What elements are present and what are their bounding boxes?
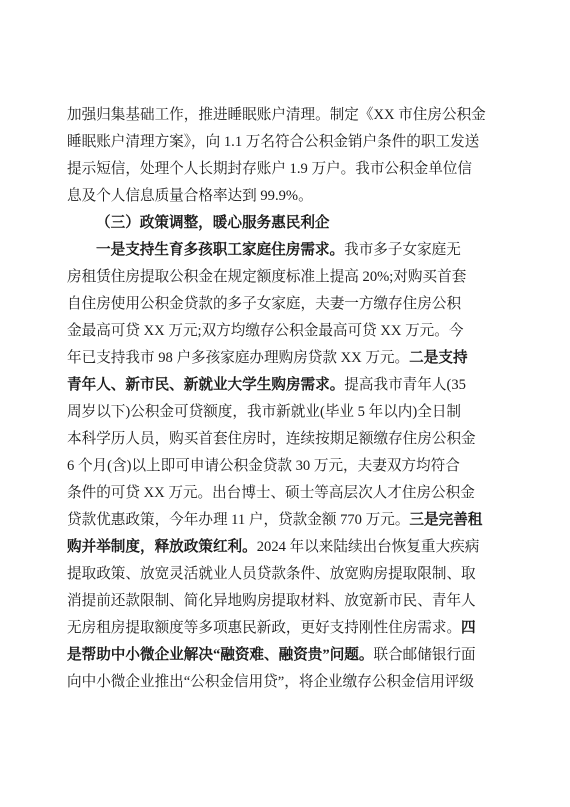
text-segment: 息及个人信息质量合格率达到 99.9%。 <box>67 188 313 204</box>
text-line: 金最高可贷 XX 万元;双方均缴存公积金最高可贷 XX 万元。今 <box>67 318 503 345</box>
text-line: 购并举制度，释放政策红利。2024 年以来陆续出台恢复重大疾病 <box>67 534 503 561</box>
text-line: 是帮助中小微企业解决“融资难、融资贵”问题。联合邮储银行面 <box>67 642 503 669</box>
bold-text-segment: 是帮助中小微企业解决“融资难、融资贵”问题。 <box>67 647 373 663</box>
text-line: 条件的可贷 XX 万元。出台博士、硕士等高层次人才住房公积金 <box>67 480 503 507</box>
text-segment: 房租赁住房提取公积金在规定额度标准上提高 20%;对购买首套 <box>67 269 466 285</box>
text-line: 本科学历人员，购买首套住房时，连续按期足额缴存住房公积金 <box>67 426 503 453</box>
text-segment: 金最高可贷 XX 万元;双方均缴存公积金最高可贷 XX 万元。今 <box>67 323 463 339</box>
text-line: 房租赁住房提取公积金在规定额度标准上提高 20%;对购买首套 <box>67 264 503 291</box>
text-segment: 我市多子女家庭无 <box>344 242 461 258</box>
text-line: 一是支持生育多孩职工家庭住房需求。我市多子女家庭无 <box>67 237 503 264</box>
text-line: 息及个人信息质量合格率达到 99.9%。 <box>67 183 503 210</box>
bold-text-segment: 二是支持 <box>409 350 467 366</box>
text-segment: 条件的可贷 XX 万元。出台博士、硕士等高层次人才住房公积金 <box>67 485 475 501</box>
text-line: 周岁以下)公积金可贷额度，我市新就业(毕业 5 年以内)全日制 <box>67 399 503 426</box>
section-heading-line: （三）政策调整，暖心服务惠民利企 <box>67 210 503 237</box>
text-segment: 向中小微企业推出“公积金信用贷”，将企业缴存公积金信用评级 <box>67 674 474 690</box>
text-line: 青年人、新市民、新就业大学生购房需求。提高我市青年人(35 <box>67 372 503 399</box>
text-segment: 联合邮储银行面 <box>373 647 475 663</box>
text-segment: 自住房使用公积金贷款的多子女家庭，夫妻一方缴存住房公积 <box>67 296 461 312</box>
text-segment: 年已支持我市 98 户多孩家庭办理购房贷款 XX 万元。 <box>67 350 409 366</box>
text-segment: 无房租房提取额度等多项惠民新政，更好支持刚性住房需求。 <box>67 620 461 636</box>
text-segment: 2024 年以来陆续出台恢复重大疾病 <box>257 539 480 555</box>
text-line: 向中小微企业推出“公积金信用贷”，将企业缴存公积金信用评级 <box>67 669 503 696</box>
text-line: 加强归集基础工作，推进睡眠账户清理。制定《XX 市住房公积金 <box>67 102 503 129</box>
text-segment: 提高我市青年人(35 <box>344 377 466 393</box>
text-segment: 贷款优惠政策，今年办理 11 户，贷款金额 770 万元。 <box>67 512 409 528</box>
text-line: 自住房使用公积金贷款的多子女家庭，夫妻一方缴存住房公积 <box>67 291 503 318</box>
text-line: 睡眠账户清理方案》，向 1.1 万名符合公积金销户条件的职工发送 <box>67 129 503 156</box>
text-line: 提示短信，处理个人长期封存账户 1.9 万户。我市公积金单位信 <box>67 156 503 183</box>
text-segment: 提示短信，处理个人长期封存账户 1.9 万户。我市公积金单位信 <box>67 161 472 177</box>
text-segment: 消提前还款限制、简化异地购房提取材料、放宽新市民、青年人 <box>67 593 476 609</box>
document-page: 加强归集基础工作，推进睡眠账户清理。制定《XX 市住房公积金睡眠账户清理方案》，… <box>0 0 570 807</box>
document-body: 加强归集基础工作，推进睡眠账户清理。制定《XX 市住房公积金睡眠账户清理方案》，… <box>67 102 503 696</box>
text-segment: 提取政策、放宽灵活就业人员贷款条件、放宽购房提取限制、取 <box>67 566 476 582</box>
text-segment: 加强归集基础工作，推进睡眠账户清理。制定《XX 市住房公积金 <box>67 107 486 123</box>
text-segment: 6 个月(含)以上即可申请公积金贷款 30 万元，夫妻双方均符合 <box>67 458 460 474</box>
text-segment: 本科学历人员，购买首套住房时，连续按期足额缴存住房公积金 <box>67 431 476 447</box>
text-line: 无房租房提取额度等多项惠民新政，更好支持刚性住房需求。四 <box>67 615 503 642</box>
bold-text-segment: 一是支持生育多孩职工家庭住房需求。 <box>96 242 344 258</box>
text-segment: 周岁以下)公积金可贷额度，我市新就业(毕业 5 年以内)全日制 <box>67 404 461 420</box>
bold-text-segment: 三是完善租 <box>409 512 482 528</box>
text-line: 6 个月(含)以上即可申请公积金贷款 30 万元，夫妻双方均符合 <box>67 453 503 480</box>
text-line: 消提前还款限制、简化异地购房提取材料、放宽新市民、青年人 <box>67 588 503 615</box>
text-line: 年已支持我市 98 户多孩家庭办理购房贷款 XX 万元。二是支持 <box>67 345 503 372</box>
text-segment: 睡眠账户清理方案》，向 1.1 万名符合公积金销户条件的职工发送 <box>67 134 479 150</box>
text-line: 贷款优惠政策，今年办理 11 户，贷款金额 770 万元。三是完善租 <box>67 507 503 534</box>
bold-text-segment: （三）政策调整，暖心服务惠民利企 <box>96 215 330 231</box>
bold-text-segment: 购并举制度，释放政策红利。 <box>67 539 257 555</box>
bold-text-segment: 四 <box>461 620 476 636</box>
text-line: 提取政策、放宽灵活就业人员贷款条件、放宽购房提取限制、取 <box>67 561 503 588</box>
bold-text-segment: 青年人、新市民、新就业大学生购房需求。 <box>67 377 344 393</box>
